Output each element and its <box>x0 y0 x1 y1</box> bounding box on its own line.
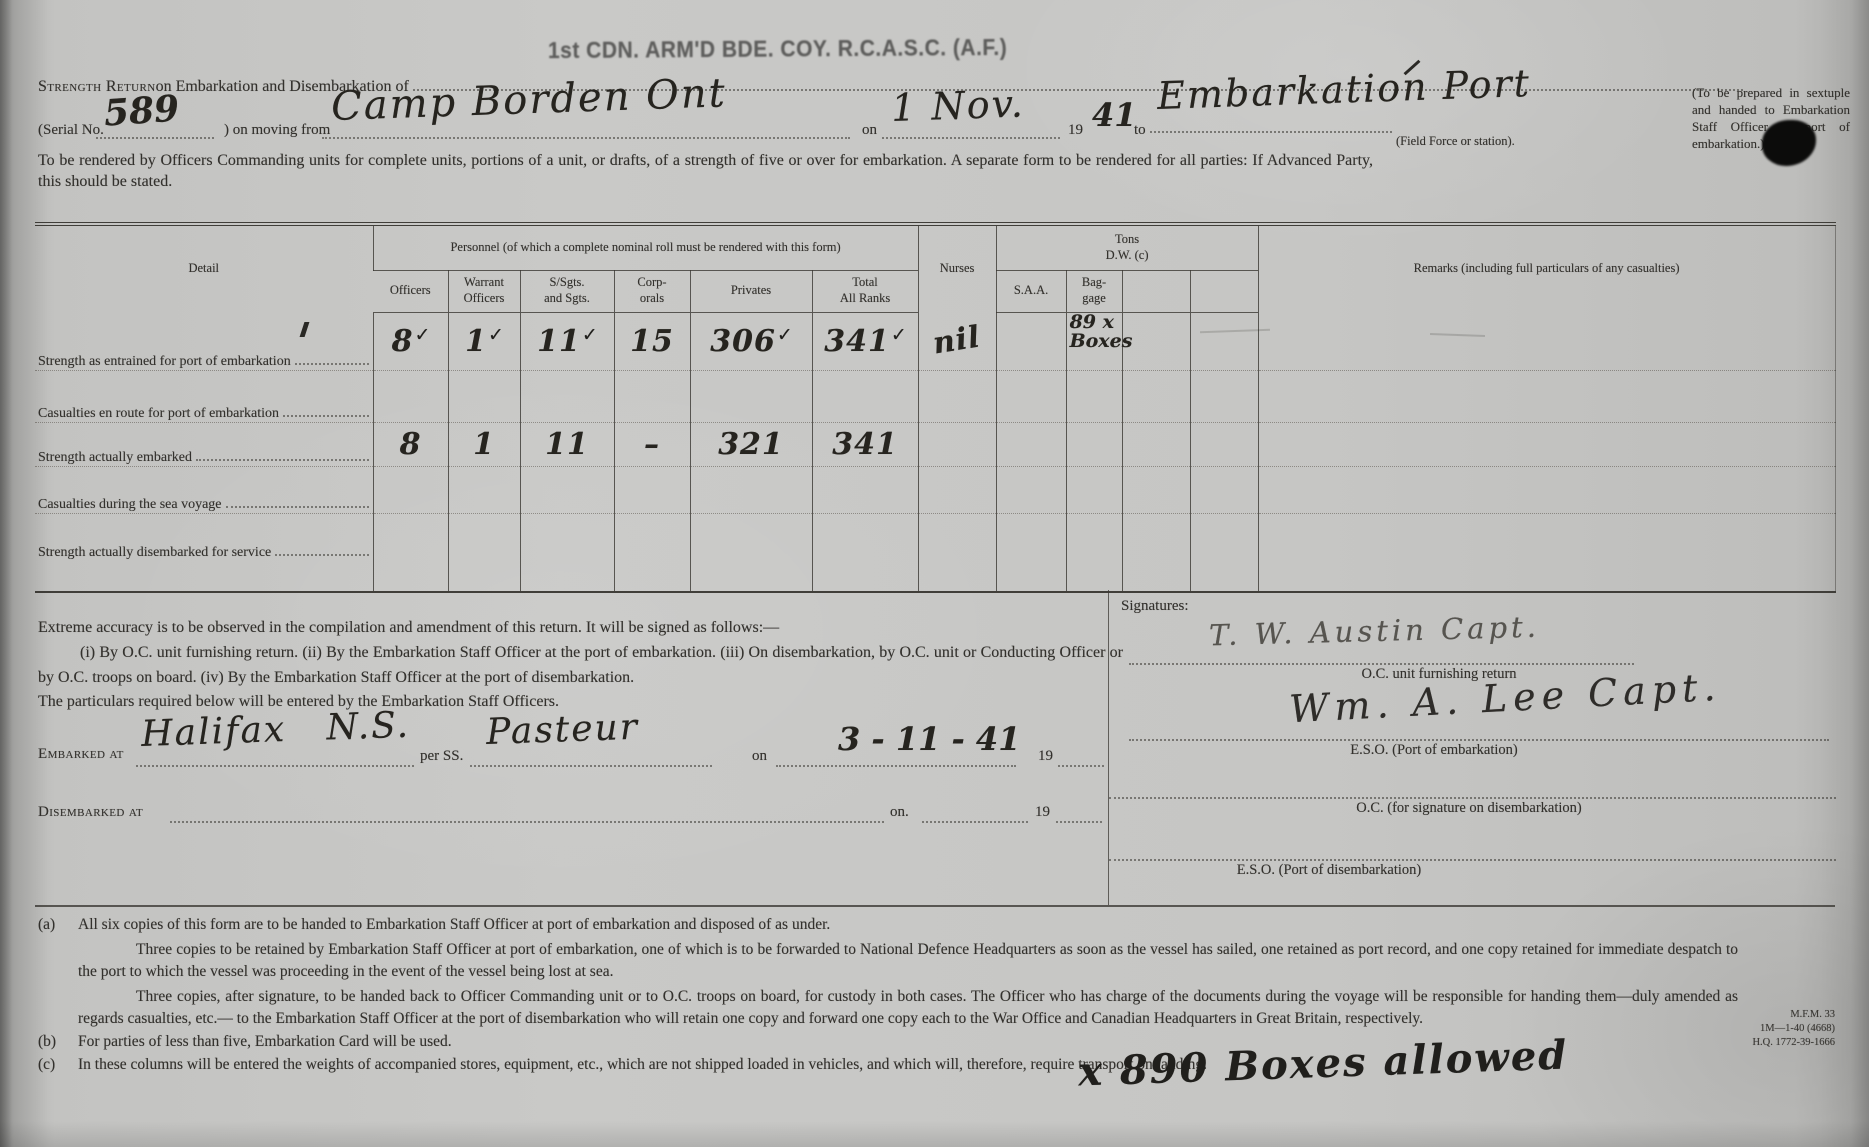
sgts-cell: 11✓ <box>520 312 614 370</box>
tons-blank-cell <box>1190 466 1258 513</box>
disembarked-place-rule <box>170 820 884 823</box>
check-mark: ✓ <box>488 324 504 346</box>
saa-cell <box>996 422 1066 466</box>
officers-cell <box>373 513 448 592</box>
baggage-cell <box>1066 422 1122 466</box>
tons-group-header: Tons D.W. (c) <box>996 224 1258 270</box>
check-mark: ✓ <box>414 324 430 346</box>
embarked-at-label: Embarked at <box>38 746 124 763</box>
total-cell <box>812 466 918 513</box>
detail-header: Detail <box>35 224 373 312</box>
warrant-value: 1 <box>465 324 487 359</box>
signature-rule <box>1129 662 1634 665</box>
warrant-value: 1 <box>473 427 495 462</box>
ship-name-rule <box>470 764 712 767</box>
col-warrant-officers: Warrant Officers <box>448 270 520 312</box>
officers-value: 8 <box>392 324 414 359</box>
field-force-note: (Field Force or station). <box>1396 134 1515 149</box>
col-tons-blank-2 <box>1190 270 1258 312</box>
col-privates: Privates <box>690 270 812 312</box>
tons-blank-cell <box>1122 513 1190 592</box>
corporals-cell <box>614 370 690 422</box>
baggage-cell <box>1066 513 1122 592</box>
footnote-c-label: (c) <box>38 1054 55 1075</box>
embarked-date-rule <box>776 764 1016 767</box>
row-strength-entrained: Strength as entrained for port of embark… <box>35 312 1835 370</box>
sgts-value: 11 <box>545 427 589 462</box>
privates-cell: 306✓ <box>690 312 812 370</box>
leader-dots <box>226 505 369 508</box>
total-value: 341 <box>832 427 898 462</box>
form-codes: M.F.M. 33 1M—1-40 (4668) H.Q. 1772-39-16… <box>1745 1008 1835 1051</box>
row-label: Strength actually embarked <box>38 450 192 466</box>
tons-blank-cell <box>1190 422 1258 466</box>
embarked-year-printed: 19 <box>1038 748 1053 765</box>
privates-cell <box>690 513 812 592</box>
serial-label: (Serial No. <box>38 122 104 139</box>
tons-blank-cell <box>1122 312 1190 370</box>
destination-dotted-rule <box>1150 130 1392 133</box>
row-strength-embarked: Strength actually embarked 8 1 11 – 321 … <box>35 422 1835 466</box>
signatures-title: Signatures: <box>1121 598 1189 615</box>
sgts-cell <box>520 466 614 513</box>
signature-rule <box>1129 738 1829 741</box>
col-officers: Officers <box>373 270 448 312</box>
disembarked-at-label: Disembarked at <box>38 804 143 821</box>
year-printed: 19 <box>1068 122 1083 139</box>
row-label-cell: Strength actually disembarked for servic… <box>35 513 373 592</box>
total-cell: 341 <box>812 422 918 466</box>
disembarked-year-rule <box>1056 820 1102 823</box>
tons-blank-cell <box>1122 370 1190 422</box>
baggage-cell <box>1066 466 1122 513</box>
leader-dots <box>196 458 369 461</box>
check-mark: ✓ <box>582 324 598 346</box>
col-corporals: Corp- orals <box>614 270 690 312</box>
nurses-cell <box>918 370 996 422</box>
row-casualties-en-route: Casualties en route for port of embarkat… <box>35 370 1835 422</box>
to-label: to <box>1134 122 1146 139</box>
officers-cell <box>373 370 448 422</box>
personnel-group-header: Personnel (of which a complete nominal r… <box>373 224 918 270</box>
accuracy-line-1: Extreme accuracy is to be observed in th… <box>38 616 1123 641</box>
check-mark: ✓ <box>891 324 907 346</box>
form-code-line: 1M—1-40 (4668) <box>1745 1022 1835 1036</box>
render-instructions: To be rendered by Officers Commanding un… <box>38 150 1373 192</box>
footnote-a-label: (a) <box>38 914 55 935</box>
row-label: Casualties en route for port of embarkat… <box>38 406 279 422</box>
baggage-cell <box>1066 370 1122 422</box>
officers-cell: 8✓ <box>373 312 448 370</box>
saa-cell <box>996 312 1066 370</box>
strength-table: Detail Personnel (of which a complete no… <box>35 222 1836 593</box>
nurses-value: nil <box>931 320 983 362</box>
corporals-value: – <box>644 427 660 462</box>
sgts-value: 11 <box>537 324 581 359</box>
officers-value: 8 <box>400 427 422 462</box>
leader-dots <box>295 362 369 365</box>
sgts-cell <box>520 370 614 422</box>
year-value: 41 <box>1092 96 1137 134</box>
destination-value: Embarkation Port <box>1156 61 1531 118</box>
tons-blank-cell <box>1190 513 1258 592</box>
remarks-cell <box>1258 312 1835 370</box>
privates-cell <box>690 370 812 422</box>
privates-cell <box>690 466 812 513</box>
signature-rule <box>1109 796 1836 799</box>
ink-blot <box>1762 120 1816 166</box>
tons-blank-cell <box>1190 370 1258 422</box>
remarks-cell <box>1258 422 1835 466</box>
from-dotted-rule <box>322 136 850 139</box>
warrant-cell: 1✓ <box>448 312 520 370</box>
eso-disembark-caption: E.S.O. (Port of disembarkation) <box>1139 862 1519 879</box>
privates-value: 306 <box>710 324 776 359</box>
corporals-value: 15 <box>630 324 674 359</box>
scanned-form-sheet: 1st CDN. ARM'D BDE. COY. R.C.A.S.C. (A.F… <box>0 0 1869 1147</box>
row-label-cell: Strength as entrained for port of embark… <box>35 312 373 370</box>
nurses-header: Nurses <box>918 224 996 312</box>
corporals-cell: 15 <box>614 312 690 370</box>
per-ss-label: per SS. <box>420 748 463 765</box>
embarked-on-label: on <box>752 748 767 765</box>
embarked-year-rule <box>1058 764 1104 767</box>
serial-dotted-rule <box>96 136 214 139</box>
move-date-value: 1 Nov. <box>890 81 1025 130</box>
oc-signature-value: T. W. Austin Capt. <box>1209 610 1541 653</box>
footnote-a-para-2: Three copies, after signature, to be han… <box>38 986 1738 1029</box>
disembarked-year-printed: 19 <box>1035 804 1050 821</box>
serial-value: 589 <box>103 87 181 134</box>
nurses-cell <box>918 513 996 592</box>
check-mark: ✓ <box>777 324 793 346</box>
leader-dots <box>283 414 368 417</box>
col-saa: S.A.A. <box>996 270 1066 312</box>
warrant-cell <box>448 370 520 422</box>
total-cell <box>812 513 918 592</box>
signatures-panel: Signatures: T. W. Austin Capt. O.C. unit… <box>1108 590 1836 905</box>
row-strength-disembarked: Strength actually disembarked for servic… <box>35 513 1835 592</box>
embarked-place-rule <box>136 764 414 767</box>
signature-rule <box>1109 858 1836 861</box>
row-label: Strength actually disembarked for servic… <box>38 545 271 561</box>
baggage-value: 89 x Boxes <box>1070 313 1119 353</box>
footnote-a: (a) All six copies of this form are to b… <box>38 914 1738 935</box>
remarks-cell <box>1258 513 1835 592</box>
tons-blank-cell <box>1122 422 1190 466</box>
nurses-cell: nil <box>918 312 996 370</box>
remarks-cell <box>1258 370 1835 422</box>
col-total-all-ranks: Total All Ranks <box>812 270 918 312</box>
officers-cell: 8 <box>373 422 448 466</box>
embarked-date-value: 3 - 11 - 41 <box>838 720 1020 758</box>
footnotes-divider-rule <box>35 905 1835 907</box>
row-label-cell: Casualties during the sea voyage <box>35 466 373 513</box>
officers-cell <box>373 466 448 513</box>
date-dotted-rule <box>882 136 1060 139</box>
saa-cell <box>996 466 1066 513</box>
total-value: 341 <box>824 324 890 359</box>
privates-cell: 321 <box>690 422 812 466</box>
footnote-a-text: All six copies of this form are to be ha… <box>78 916 830 933</box>
tons-blank-cell <box>1190 312 1258 370</box>
unit-stamp: 1st CDN. ARM'D BDE. COY. R.C.A.S.C. (A.F… <box>548 35 1007 64</box>
oc-disembark-caption: O.C. (for signature on disembarkation) <box>1249 800 1689 817</box>
row-label-cell: Strength actually embarked <box>35 422 373 466</box>
remarks-cell <box>1258 466 1835 513</box>
footnote-c-text: In these columns will be entered the wei… <box>78 1056 1207 1073</box>
form-code-line: M.F.M. 33 <box>1745 1008 1835 1022</box>
footnote-b-label: (b) <box>38 1031 56 1052</box>
accuracy-line-2: (i) By O.C. unit furnishing return. (ii)… <box>38 641 1123 691</box>
saa-cell <box>996 513 1066 592</box>
col-tons-blank-1 <box>1122 270 1190 312</box>
warrant-cell <box>448 466 520 513</box>
total-cell <box>812 370 918 422</box>
leader-dots <box>275 553 368 556</box>
warrant-cell: 1 <box>448 422 520 466</box>
row-label: Strength as entrained for port of embark… <box>38 354 291 370</box>
footnote-b-text: For parties of less than five, Embarkati… <box>78 1033 452 1050</box>
col-baggage: Bag- gage <box>1066 270 1122 312</box>
nurses-cell <box>918 466 996 513</box>
nurses-cell <box>918 422 996 466</box>
sgts-cell: 11 <box>520 422 614 466</box>
corporals-cell <box>614 466 690 513</box>
form-code-line: H.Q. 1772-39-1666 <box>1745 1036 1835 1050</box>
saa-cell <box>996 370 1066 422</box>
privates-value: 321 <box>718 427 784 462</box>
moving-from-label: ) on moving from <box>224 122 330 139</box>
eso-embark-caption: E.S.O. (Port of embarkation) <box>1269 742 1599 759</box>
on-label: on <box>862 122 877 139</box>
baggage-cell: 89 x Boxes <box>1066 312 1122 370</box>
warrant-cell <box>448 513 520 592</box>
disembarked-on-label: on. <box>890 804 909 821</box>
table-group-header-row: Detail Personnel (of which a complete no… <box>35 224 1835 270</box>
embarked-place-value: Halifax N.S. <box>141 705 411 755</box>
corporals-cell: – <box>614 422 690 466</box>
footnote-a-para-1: Three copies to be retained by Embarkati… <box>38 939 1738 982</box>
row-label-cell: Casualties en route for port of embarkat… <box>35 370 373 422</box>
row-casualties-voyage: Casualties during the sea voyage <box>35 466 1835 513</box>
tons-blank-cell <box>1122 466 1190 513</box>
accuracy-paragraph: Extreme accuracy is to be observed in th… <box>38 616 1123 715</box>
corporals-cell <box>614 513 690 592</box>
col-sgts: S/Sgts. and Sgts. <box>520 270 614 312</box>
row-label: Casualties during the sea voyage <box>38 497 222 513</box>
disembarked-date-rule <box>922 820 1028 823</box>
remarks-header: Remarks (including full particulars of a… <box>1258 224 1835 312</box>
sgts-cell <box>520 513 614 592</box>
total-cell: 341✓ <box>812 312 918 370</box>
ship-name-value: Pasteur <box>486 707 640 753</box>
